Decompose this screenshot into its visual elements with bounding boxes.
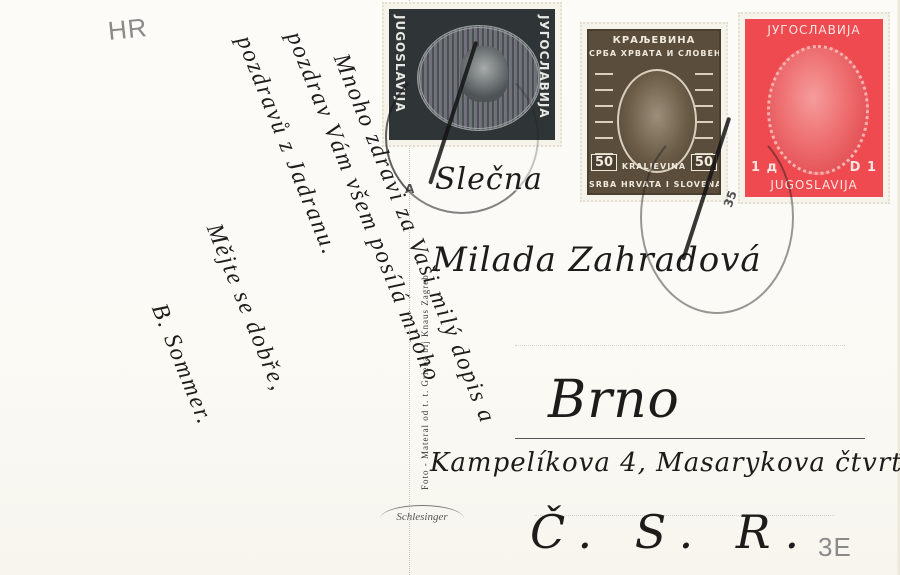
message-line-4: Mějte se dobře, bbox=[200, 220, 292, 396]
maker-mark: Schlesinger bbox=[380, 505, 464, 528]
stamp-text-top: КРАЉЕВИНА bbox=[589, 35, 719, 46]
pencil-note-bottom-right: 3E bbox=[818, 532, 852, 563]
address-city: Brno bbox=[548, 370, 680, 430]
address-street: Kampelíkova 4, Masarykova čtvrť, bbox=[430, 448, 900, 478]
postmark-right-text: 35 bbox=[721, 189, 740, 209]
stamp-text-cyrillic: ЈУГОСЛАВИЈА bbox=[537, 15, 551, 119]
message-signature: B. Sommer. bbox=[145, 300, 218, 429]
address-country: Č. S. R. bbox=[530, 505, 813, 559]
stamp-text-cyrillic: ЈУГОСЛАВИЈА bbox=[745, 23, 883, 37]
pencil-note-top-left: HR bbox=[106, 12, 149, 47]
king-portrait bbox=[767, 45, 869, 175]
postcard-back: HR 3E Mnoho zdravi za Vaši milý dopis a … bbox=[0, 0, 900, 575]
stamp-value-right: D 1 bbox=[850, 160, 877, 175]
postmark-left-text: A bbox=[405, 182, 414, 196]
address-line-2 bbox=[515, 438, 865, 439]
address-line-1 bbox=[515, 345, 845, 346]
photo-imprint: Foto - Materal od t. t. Grieba bij Knaus… bbox=[420, 274, 430, 490]
stamp-text-top-2: СРБА ХРВАТА И СЛОВЕНАЦА bbox=[589, 49, 719, 58]
